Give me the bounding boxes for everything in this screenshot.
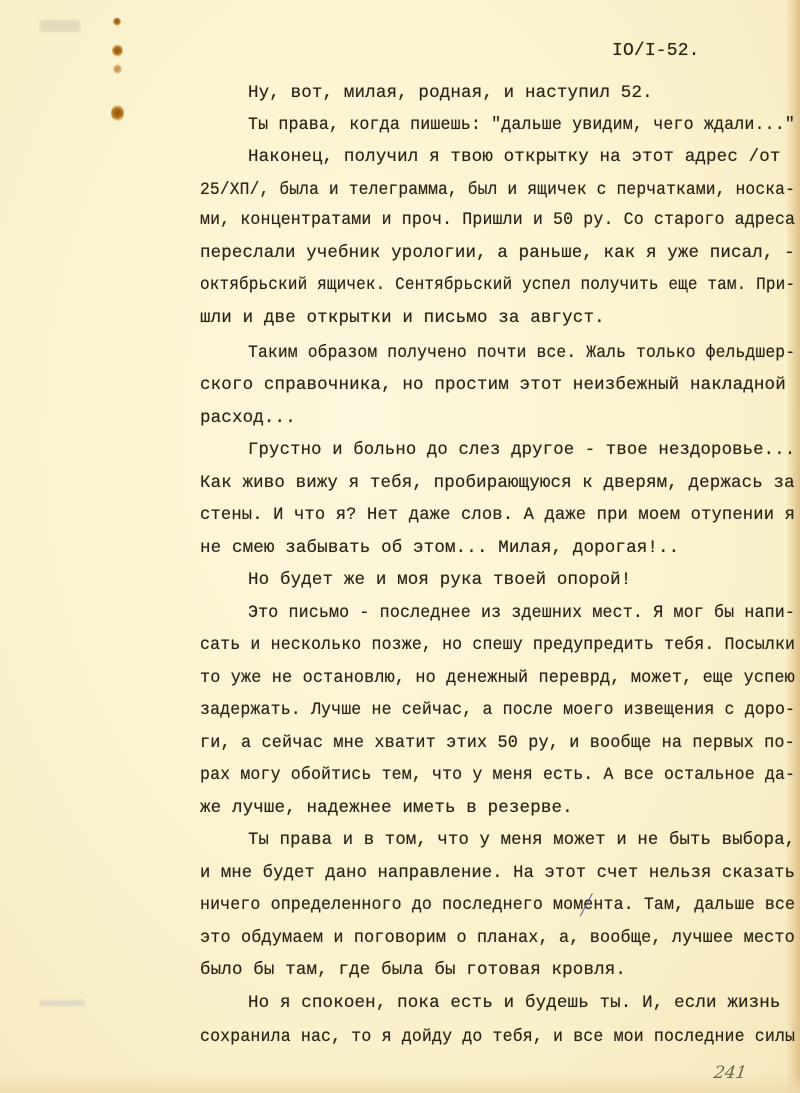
letter-line: задержать. Лучше не сейчас, а после моег… xyxy=(200,700,795,720)
letter-line: Ты права и в том, что у меня может и не … xyxy=(248,830,795,850)
letter-line: Ну, вот, милая, родная, и наступил 52. xyxy=(248,83,653,103)
letter-line: ского справочника, но простим этот неизб… xyxy=(200,375,786,395)
faint-stamp-mark xyxy=(40,20,80,32)
letter-line: же лучше, надежнее иметь в резерве. xyxy=(200,798,573,818)
letter-line: переслали учебник урологии, а раньше, ка… xyxy=(200,243,795,263)
letter-line: ничего определенного до последнего момен… xyxy=(200,895,795,915)
letter-line: рах могу обойтись тем, что у меня есть. … xyxy=(200,765,795,785)
paper-bottom-edge xyxy=(0,1073,800,1093)
letter-line: не смею забывать об этом... Милая, дорог… xyxy=(200,538,679,558)
letter-line: сать и несколько позже, но спешу предупр… xyxy=(200,635,795,655)
letter-line: Грустно и больно до слез другое - твое н… xyxy=(248,440,795,460)
binding-hole-stain xyxy=(111,104,124,122)
letter-line: то уже не остановлю, но денежный переврд… xyxy=(200,668,795,688)
letter-line: Но будет же и моя рука твоей опорой! xyxy=(248,570,631,590)
letter-line: ги, а сейчас мне хватит этих 50 ру, и во… xyxy=(200,733,795,753)
letter-line: расход... xyxy=(200,408,296,428)
letter-line: Как живо вижу я тебя, пробирающуюся к дв… xyxy=(200,473,795,493)
binding-hole-stain xyxy=(113,17,121,26)
archive-page-number: 241 xyxy=(713,1063,748,1083)
letter-line: октябрьский ящичек. Сентябрьский успел п… xyxy=(200,275,795,295)
letter-line: Наконец, получил я твою открытку на этот… xyxy=(248,147,781,167)
letter-line: это обдумаем и поговорим о планах, а, во… xyxy=(200,928,795,948)
letter-line: 25/ХП/, была и телеграмма, был и ящичек … xyxy=(200,180,795,200)
letter-line: Ты права, когда пишешь: "дальше увидим, … xyxy=(248,115,795,135)
letter-line: сохранила нас, то я дойду до тебя, и все… xyxy=(200,1027,795,1047)
faint-stamp-mark xyxy=(40,1000,85,1006)
letter-line: Таким образом получено почти все. Жаль т… xyxy=(248,343,795,363)
letter-line: было бы там, где была бы готовая кровля. xyxy=(200,960,626,980)
binding-hole-stain xyxy=(113,64,122,74)
letter-date: IO/I-52. xyxy=(612,41,700,61)
letter-line: ми, концентратами и проч. Пришли и 50 ру… xyxy=(200,210,795,230)
letter-line: стены. И что я? Нет даже слов. А даже пр… xyxy=(200,505,795,525)
letter-line: и мне будет дано направление. На этот сч… xyxy=(200,863,795,883)
binding-hole-stain xyxy=(112,44,123,57)
letter-line: шли и две открытки и письмо за август. xyxy=(200,308,605,328)
letter-line: Но я спокоен, пока есть и будешь ты. И, … xyxy=(248,993,781,1013)
letter-line: Это письмо - последнее из здешних мест. … xyxy=(248,603,795,623)
